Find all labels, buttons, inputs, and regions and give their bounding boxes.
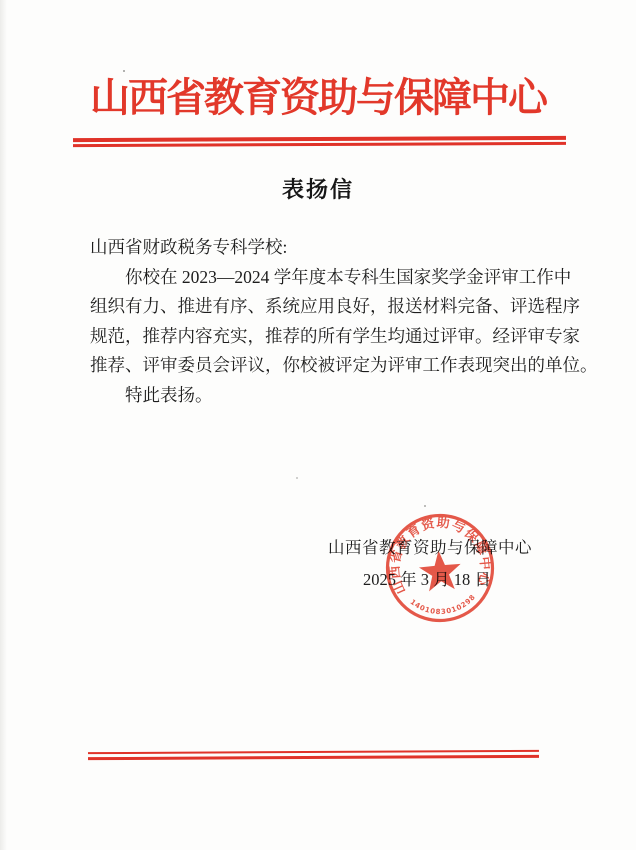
body-line-1: 你校在 2023—2024 学年度本专科生国家奖学金评审工作中 [90,263,590,293]
body-line-4: 推荐、评审委员会评议，你校被评定为评审工作表现突出的单位。 [90,351,590,381]
salutation: 山西省财政税务专科学校: [90,233,590,263]
official-seal: 山西省教育资助与保障中心 1401083010298 [375,503,505,633]
footer-double-rule [88,750,539,760]
body-line-3: 规范，推荐内容充实，推荐的所有学生均通过评审。经评审专家 [90,322,590,352]
letterhead-org-name: 山西省教育资助与保障中心 [0,66,636,123]
letter-body: 山西省财政税务专科学校: 你校在 2023—2024 学年度本专科生国家奖学金评… [90,233,590,411]
document-title: 表扬信 [0,173,636,204]
letter-page: 山西省教育资助与保障中心 表扬信 山西省财政税务专科学校: 你校在 2023—2… [0,0,636,850]
letterhead-double-rule [73,136,566,147]
star-icon [418,549,463,592]
closing-line: 特此表扬。 [90,381,590,411]
scan-speck [296,477,298,479]
scan-speck [424,505,426,507]
scan-left-edge [0,0,7,850]
scan-speck [123,70,125,72]
body-line-2: 组织有力、推进有序、系统应用良好，报送材料完备、评选程序 [90,292,590,322]
